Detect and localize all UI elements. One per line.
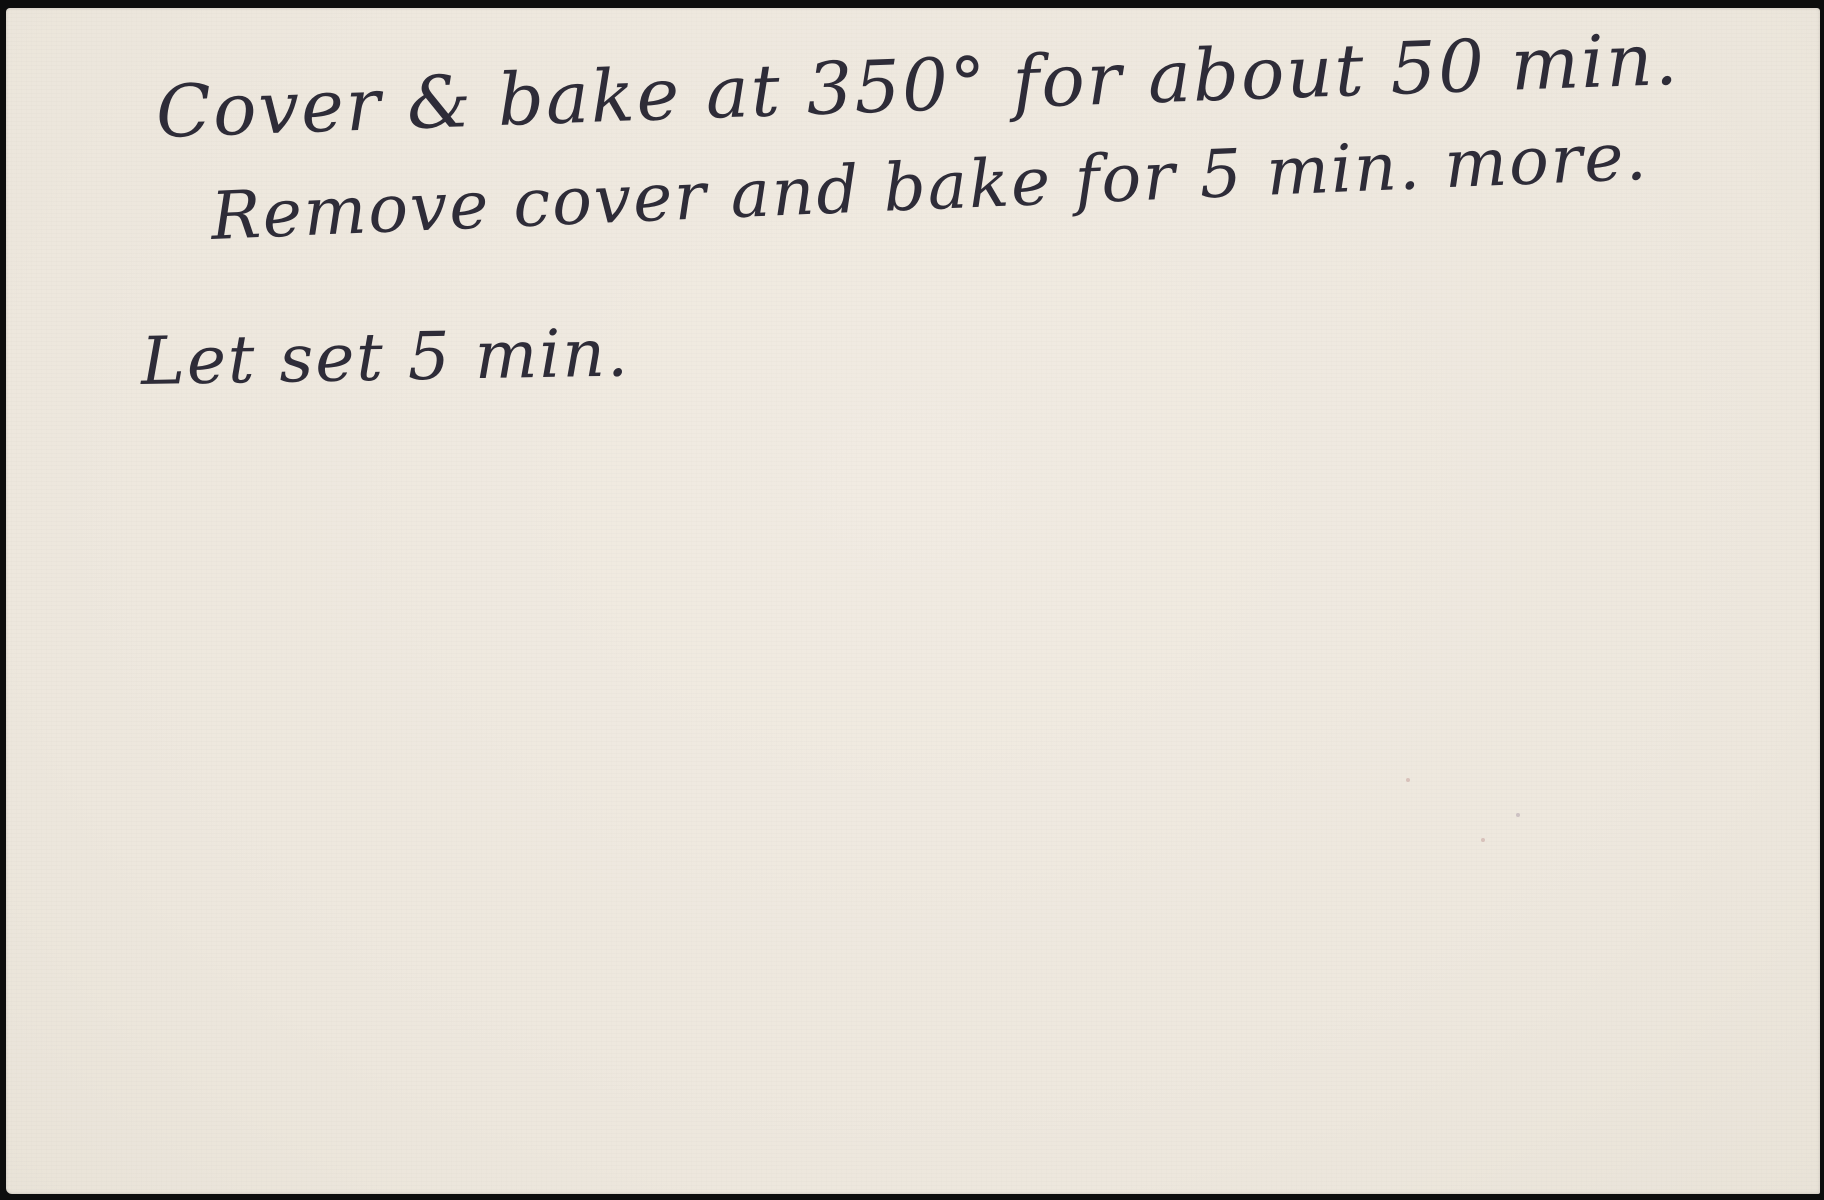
- scan-background: Cover & bake at 350° for about 50 min. R…: [0, 0, 1824, 1200]
- paper-speck: [1481, 838, 1485, 842]
- instruction-line-3: Let set 5 min.: [140, 314, 630, 400]
- paper-speck: [1516, 813, 1520, 817]
- paper-speck: [1406, 778, 1410, 782]
- recipe-card: Cover & bake at 350° for about 50 min. R…: [6, 8, 1820, 1194]
